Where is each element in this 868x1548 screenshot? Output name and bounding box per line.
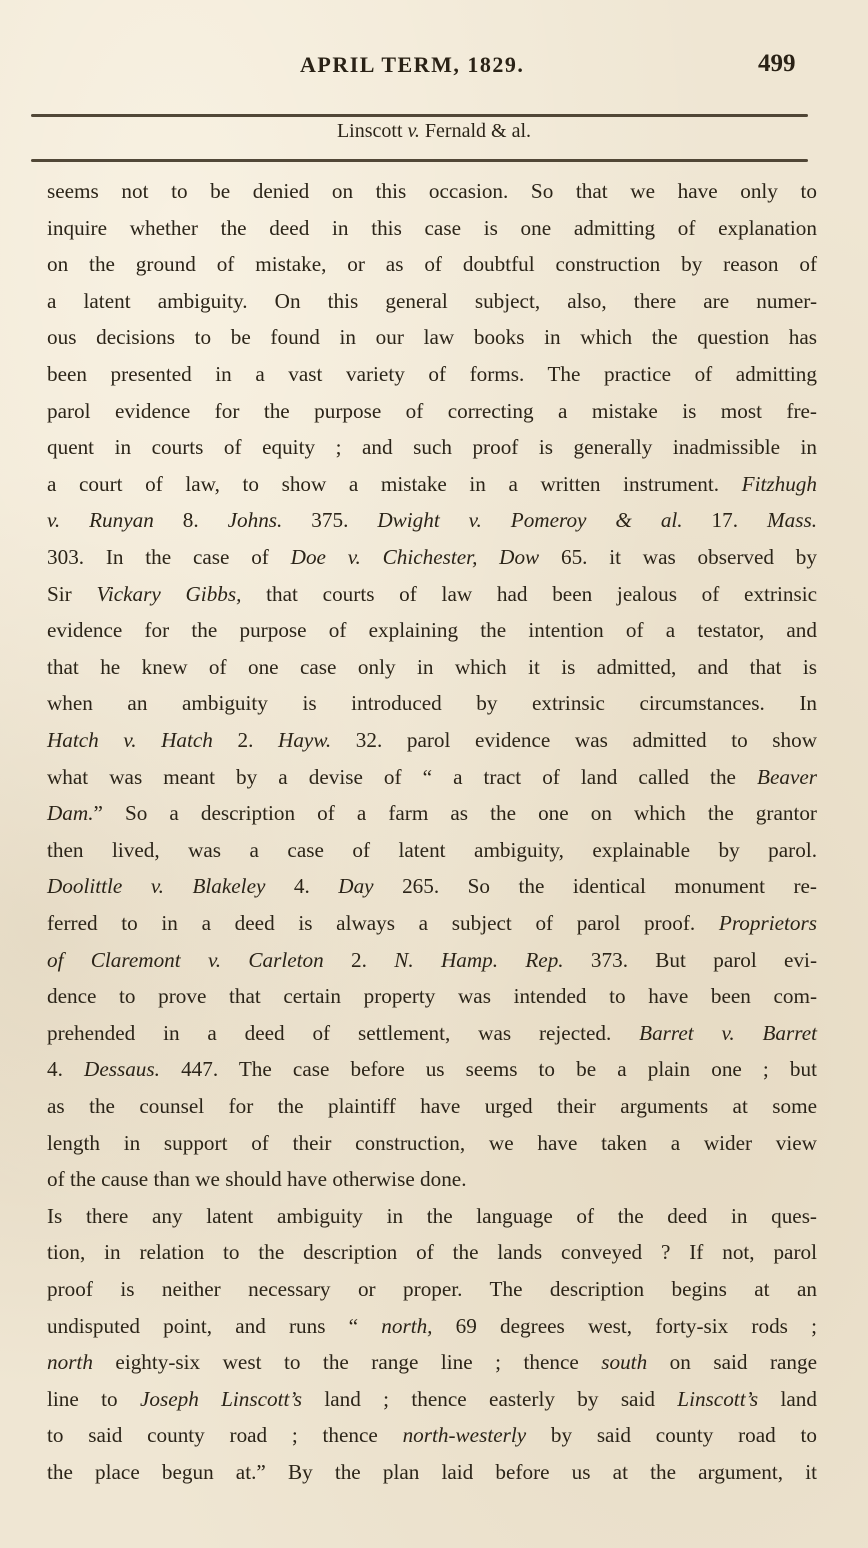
text-run: 65. it was observed by — [539, 545, 817, 569]
text-run: seems not to be denied on this occasion.… — [47, 179, 817, 203]
text-line: been presented in a vast variety of form… — [47, 356, 817, 392]
text-run: 8. — [154, 508, 228, 532]
text-run: proof is neither necessary or proper. Th… — [47, 1277, 817, 1301]
italic-citation: Dam. — [47, 801, 94, 825]
text-line: Is there any latent ambiguity in the lan… — [47, 1198, 817, 1234]
text-line: evidence for the purpose of explaining t… — [47, 612, 817, 648]
text-line: ous decisions to be found in our law boo… — [47, 319, 817, 355]
text-line: quent in courts of equity ; and such pro… — [47, 429, 817, 465]
text-run: 373. But parol evi- — [564, 948, 817, 972]
text-run: 69 degrees west, forty-six rods ; — [432, 1314, 817, 1338]
text-run: 17. — [683, 508, 767, 532]
text-run: as the counsel for the plaintiff have ur… — [47, 1094, 817, 1118]
bottom-rule — [31, 159, 808, 162]
italic-citation: south — [601, 1350, 647, 1374]
italic-citation: Fitzhugh — [742, 472, 817, 496]
text-line: ferred to in a deed is always a subject … — [47, 905, 817, 941]
text-run: line to — [47, 1387, 140, 1411]
text-run: by said county road to — [526, 1423, 817, 1447]
text-run: 2. — [213, 728, 278, 752]
text-run: 4. — [47, 1057, 84, 1081]
page-number: 499 — [758, 50, 796, 78]
italic-citation: Doolittle v. Blakeley — [47, 874, 265, 898]
book-page: APRIL TERM, 1829. 499 Linscott v. Fernal… — [0, 0, 868, 1548]
text-run: quent in courts of equity ; and such pro… — [47, 435, 817, 459]
text-line: Sir Vickary Gibbs, that courts of law ha… — [47, 576, 817, 612]
text-line: that he knew of one case only in which i… — [47, 649, 817, 685]
text-run: 375. — [282, 508, 377, 532]
text-run: undisputed point, and runs “ — [47, 1314, 381, 1338]
text-run: inquire whether the deed in this case is… — [47, 216, 817, 240]
caption-defendant: Fernald & al. — [425, 120, 531, 142]
text-line: 4. Dessaus. 447. The case before us seem… — [47, 1051, 817, 1087]
italic-citation: Johns. — [228, 508, 283, 532]
text-run: the place begun at.” By the plan laid be… — [47, 1460, 817, 1484]
text-line: Dam.” So a description of a farm as the … — [47, 795, 817, 831]
text-line: what was meant by a devise of “ a tract … — [47, 759, 817, 795]
text-line: length in support of their construction,… — [47, 1125, 817, 1161]
text-run: that he knew of one case only in which i… — [47, 655, 817, 679]
italic-citation: Dessaus. — [84, 1057, 160, 1081]
text-run: eighty-six west to the range line ; then… — [93, 1350, 601, 1374]
text-line: undisputed point, and runs “ north, 69 d… — [47, 1308, 817, 1344]
italic-citation: Proprietors — [719, 911, 817, 935]
text-run: on the ground of mistake, or as of doubt… — [47, 252, 817, 276]
text-line: tion, in relation to the description of … — [47, 1234, 817, 1270]
text-run: that courts of law had been jealous of e… — [241, 582, 817, 606]
text-line: 303. In the case of Doe v. Chichester, D… — [47, 539, 817, 575]
text-line: prehended in a deed of settlement, was r… — [47, 1015, 817, 1051]
text-line: a latent ambiguity. On this general subj… — [47, 283, 817, 319]
text-line: to said county road ; thence north-weste… — [47, 1417, 817, 1453]
text-run: to said county road ; thence — [47, 1423, 403, 1447]
text-run: land ; thence easterly by said — [302, 1387, 677, 1411]
italic-citation: Dwight v. Pomeroy & al. — [377, 508, 682, 532]
italic-citation: Doe v. Chichester, Dow — [291, 545, 540, 569]
italic-citation: of Claremont v. Carleton — [47, 948, 324, 972]
text-line: proof is neither necessary or proper. Th… — [47, 1271, 817, 1307]
text-run: been presented in a vast variety of form… — [47, 362, 817, 386]
text-run: dence to prove that certain property was… — [47, 984, 817, 1008]
text-run: what was meant by a devise of “ a tract … — [47, 765, 757, 789]
text-run: 265. So the identical monument re- — [374, 874, 817, 898]
text-run: when an ambiguity is introduced by extri… — [47, 691, 817, 715]
text-run: 4. — [265, 874, 338, 898]
text-line: then lived, was a case of latent ambigui… — [47, 832, 817, 868]
text-run: Sir — [47, 582, 96, 606]
text-line: north eighty-six west to the range line … — [47, 1344, 817, 1380]
running-title: APRIL TERM, 1829. — [300, 52, 524, 78]
text-run: 32. parol evidence was admitted to show — [331, 728, 817, 752]
text-line: the place begun at.” By the plan laid be… — [47, 1454, 817, 1490]
text-line: when an ambiguity is introduced by extri… — [47, 685, 817, 721]
italic-citation: north, — [381, 1314, 432, 1338]
italic-citation: Joseph Linscott’s — [140, 1387, 302, 1411]
text-line: on the ground of mistake, or as of doubt… — [47, 246, 817, 282]
text-line: as the counsel for the plaintiff have ur… — [47, 1088, 817, 1124]
text-line: v. Runyan 8. Johns. 375. Dwight v. Pomer… — [47, 502, 817, 538]
italic-citation: Vickary Gibbs, — [96, 582, 241, 606]
top-rule — [31, 114, 808, 117]
text-run: parol evidence for the purpose of correc… — [47, 399, 817, 423]
text-line: line to Joseph Linscott’s land ; thence … — [47, 1381, 817, 1417]
text-run: ” So a description of a farm as the one … — [94, 801, 818, 825]
italic-citation: Beaver — [757, 765, 817, 789]
text-run: evidence for the purpose of explaining t… — [47, 618, 817, 642]
text-run: of the cause than we should have otherwi… — [47, 1167, 467, 1191]
text-line: seems not to be denied on this occasion.… — [47, 173, 817, 209]
text-line: dence to prove that certain property was… — [47, 978, 817, 1014]
caption-plaintiff: Linscott — [337, 120, 403, 142]
italic-citation: Hatch v. Hatch — [47, 728, 213, 752]
case-caption: Linscott v. Fernald & al. — [0, 120, 868, 143]
text-run: prehended in a deed of settlement, was r… — [47, 1021, 639, 1045]
text-run: a court of law, to show a mistake in a w… — [47, 472, 742, 496]
text-line: of the cause than we should have otherwi… — [47, 1161, 817, 1197]
text-run: 303. In the case of — [47, 545, 291, 569]
italic-citation: Barret v. Barret — [639, 1021, 817, 1045]
text-line: of Claremont v. Carleton 2. N. Hamp. Rep… — [47, 942, 817, 978]
text-line: inquire whether the deed in this case is… — [47, 210, 817, 246]
text-run: then lived, was a case of latent ambigui… — [47, 838, 817, 862]
text-line: parol evidence for the purpose of correc… — [47, 393, 817, 429]
italic-citation: Hayw. — [278, 728, 331, 752]
italic-citation: north-westerly — [403, 1423, 527, 1447]
italic-citation: north — [47, 1350, 93, 1374]
text-run: ous decisions to be found in our law boo… — [47, 325, 817, 349]
text-line: a court of law, to show a mistake in a w… — [47, 466, 817, 502]
italic-citation: Linscott’s — [677, 1387, 758, 1411]
running-head: APRIL TERM, 1829. 499 — [0, 48, 868, 88]
text-run: on said range — [647, 1350, 817, 1374]
italic-citation: v. Runyan — [47, 508, 154, 532]
italic-citation: Mass. — [767, 508, 817, 532]
caption-versus: v. — [408, 120, 420, 142]
italic-citation: Day — [338, 874, 373, 898]
text-line: Hatch v. Hatch 2. Hayw. 32. parol eviden… — [47, 722, 817, 758]
text-run: tion, in relation to the description of … — [47, 1240, 817, 1264]
text-run: 447. The case before us seems to be a pl… — [160, 1057, 817, 1081]
italic-citation: N. Hamp. Rep. — [394, 948, 563, 972]
text-run: land — [758, 1387, 817, 1411]
text-run: length in support of their construction,… — [47, 1131, 817, 1155]
text-line: Doolittle v. Blakeley 4. Day 265. So the… — [47, 868, 817, 904]
text-run: a latent ambiguity. On this general subj… — [47, 289, 817, 313]
text-run: Is there any latent ambiguity in the lan… — [47, 1204, 817, 1228]
text-run: ferred to in a deed is always a subject … — [47, 911, 719, 935]
text-run: 2. — [324, 948, 395, 972]
